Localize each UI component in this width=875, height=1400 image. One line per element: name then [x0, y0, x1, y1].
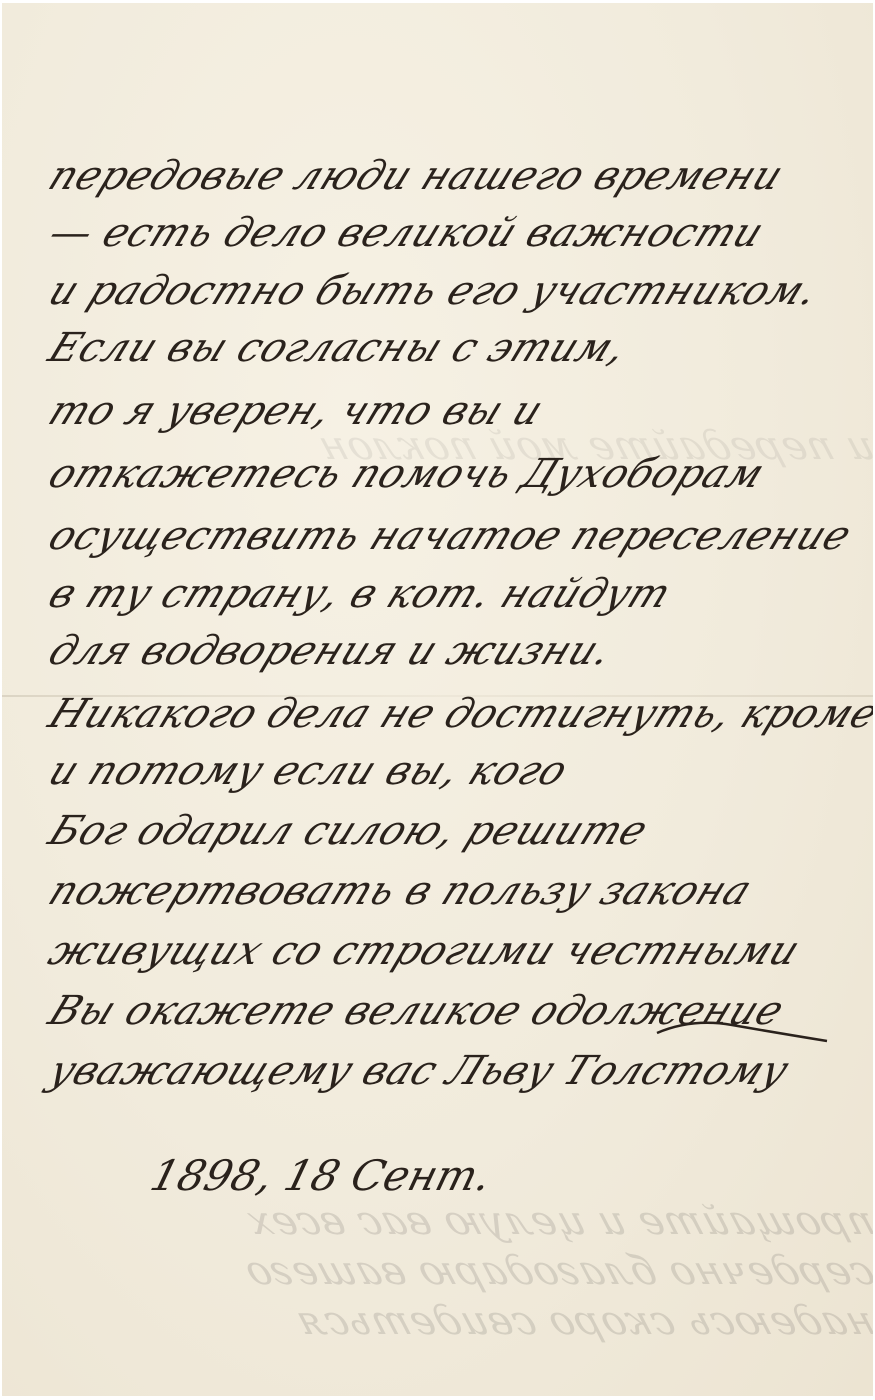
letter-line: и радостно быть его участником. — [42, 268, 825, 314]
bleed-through-line: сердечно благодарю вашего — [2, 1248, 873, 1294]
letter-line: Никакого дела не достигнуть, кроме — [42, 691, 873, 737]
letter-line: — есть дело великой важности — [42, 210, 771, 256]
letter-line: пожертвовать в пользу закона — [42, 868, 759, 914]
letter-line: осуществить начатое переселение — [42, 513, 858, 559]
letter-line: живущих со строгими честными — [42, 928, 807, 974]
letter-date: 1898, 18 Сент. — [145, 1151, 496, 1200]
bleed-through-line: прощайте и целую вас всех — [2, 1198, 873, 1244]
letter-line: откажетесь помочь Духоборам — [42, 451, 771, 497]
bleed-through-line: надеюсь скоро свидеться — [2, 1298, 873, 1344]
letter-signature-line: уважающему вас Льву Толстому — [42, 1048, 796, 1094]
letter-line: Если вы согласны с этим, — [42, 325, 634, 371]
letter-sheet: прощайте и целую вас всех сердечно благо… — [2, 3, 873, 1396]
letter-line: и потому если вы, кого — [42, 748, 575, 794]
signature-flourish — [652, 1013, 832, 1043]
letter-line: в ту страну, в кот. найдут — [42, 571, 678, 617]
letter-line: то я уверен, что вы и — [42, 388, 550, 434]
letter-line: Бог одарил силою, решите — [42, 808, 655, 854]
letter-line: для водворения и жизни. — [42, 628, 619, 674]
letter-line: передовые люди нашего времени — [42, 153, 790, 199]
